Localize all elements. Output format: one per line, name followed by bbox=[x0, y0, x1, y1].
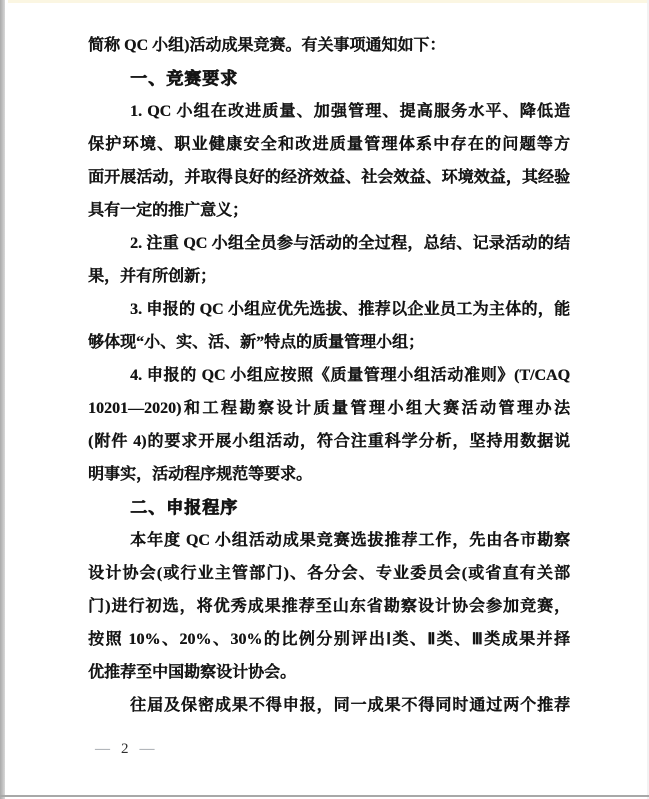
page-left-edge bbox=[0, 0, 5, 799]
footer-dash-left: — bbox=[95, 741, 110, 758]
footer-dash-right: — bbox=[140, 741, 155, 758]
text-line: 2. 注重 QC 小组全员参与活动的全过程，总结、记录活动的结 bbox=[88, 227, 570, 260]
text-line: 1. QC 小组在改进质量、加强管理、提高服务水平、降低造价、 bbox=[88, 95, 570, 128]
text-line: 具有一定的推广意义； bbox=[88, 194, 570, 227]
text-line: 面开展活动，并取得良好的经济效益、社会效益、环境效益，其经验 bbox=[88, 161, 570, 194]
page-number: 2 bbox=[121, 741, 129, 758]
section-heading: 二、申报程序 bbox=[88, 491, 570, 524]
text-line: 4. 申报的 QC 小组应按照《质量管理小组活动准则》(T/CAQ bbox=[88, 359, 570, 392]
text-line: 果，并有所创新； bbox=[88, 260, 570, 293]
page-top-edge bbox=[8, 0, 649, 3]
page-footer: — 2 — bbox=[95, 741, 155, 758]
page-bottom-edge bbox=[0, 795, 649, 797]
text-line: 3. 申报的 QC 小组应优先选拔、推荐以企业员工为主体的，能 bbox=[88, 293, 570, 326]
section-heading: 一、竞赛要求 bbox=[88, 62, 570, 95]
text-line: 优推荐至中国勘察设计协会。 bbox=[88, 656, 570, 689]
document-body: 简称 QC 小组)活动成果竞赛。有关事项通知如下：一、竞赛要求1. QC 小组在… bbox=[88, 29, 570, 722]
text-line: 够体现“小、实、活、新”特点的质量管理小组； bbox=[88, 326, 570, 359]
text-line: 往届及保密成果不得申报，同一成果不得同时通过两个推荐 bbox=[88, 689, 570, 722]
text-line: 门)进行初选，将优秀成果推荐至山东省勘察设计协会参加竞赛， bbox=[88, 590, 570, 623]
text-line: 简称 QC 小组)活动成果竞赛。有关事项通知如下： bbox=[88, 29, 570, 62]
text-line: 按照 10%、20%、30%的比例分别评出Ⅰ类、Ⅱ类、Ⅲ类成果并择 bbox=[88, 623, 570, 656]
text-line: (附件 4)的要求开展小组活动，符合注重科学分析，坚持用数据说 bbox=[88, 425, 570, 458]
text-line: 本年度 QC 小组活动成果竞赛选拔推荐工作，先由各市勘察 bbox=[88, 524, 570, 557]
text-line: 明事实，活动程序规范等要求。 bbox=[88, 458, 570, 491]
text-line: 10201—2020)和工程勘察设计质量管理小组大赛活动管理办法 bbox=[88, 392, 570, 425]
text-line: 设计协会(或行业主管部门)、各分会、专业委员会(或省直有关部 bbox=[88, 557, 570, 590]
document-page: 简称 QC 小组)活动成果竞赛。有关事项通知如下：一、竞赛要求1. QC 小组在… bbox=[0, 0, 649, 799]
text-line: 保护环境、职业健康安全和改进质量管理体系中存在的问题等方 bbox=[88, 128, 570, 161]
